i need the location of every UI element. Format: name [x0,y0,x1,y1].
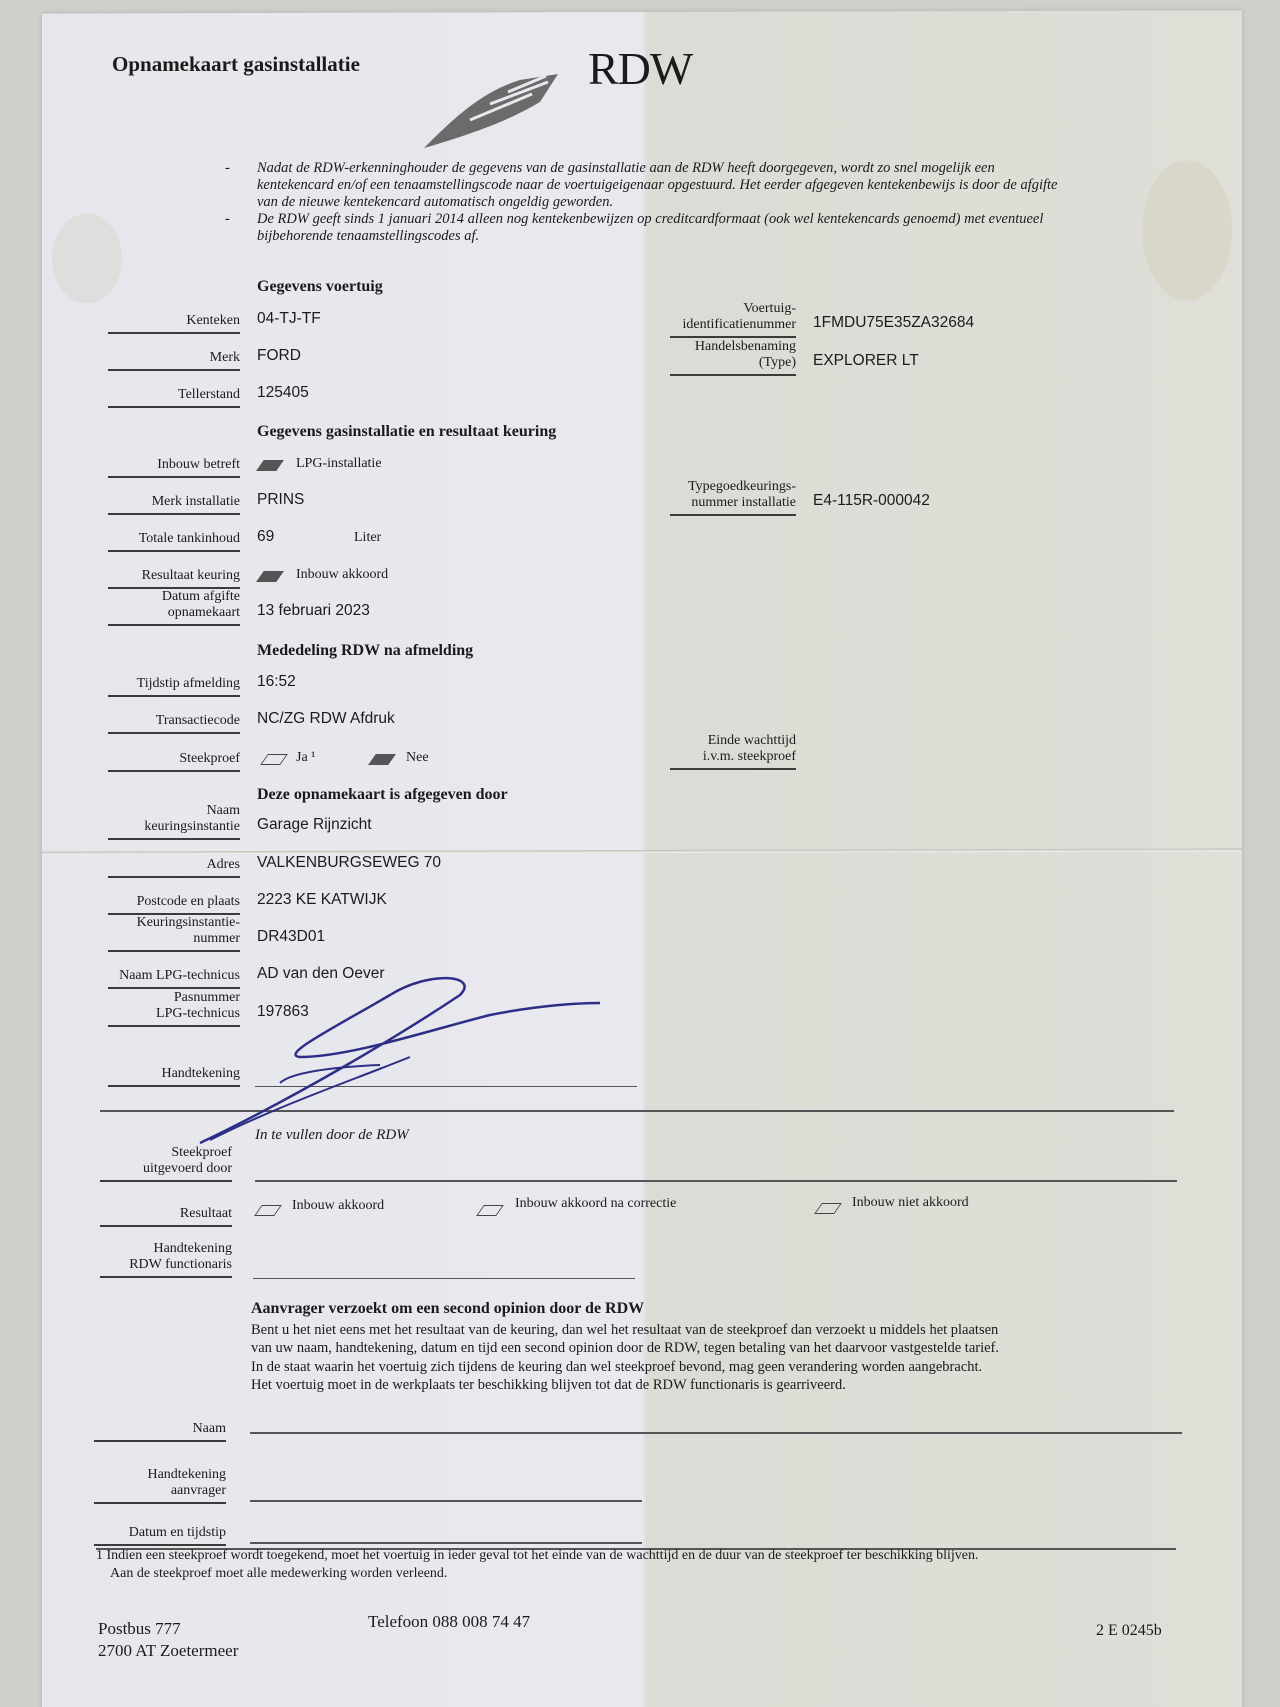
field-datum-afgifte: Datum afgifteopnamekaart 13 februari 202… [108,594,668,630]
field-vin: Voertuig-identificatienummer 1FMDU75E35Z… [670,302,1090,342]
section-heading-voertuig: Gegevens voertuig [257,278,383,296]
intro-bullet: -Nadat de RDW-erkenninghouder de gegeven… [215,160,1075,211]
stain [52,213,122,303]
field-typegoedkeuring: Typegoedkeurings-nummer installatie E4-1… [670,480,1090,520]
field-tankinhoud: Totale tankinhoud 69 Liter [108,520,668,556]
field-tellerstand: Tellerstand 125405 [108,376,668,412]
field-adres: Adres VALKENBURGSEWEG 70 [108,846,668,882]
intro-bullet: -De RDW geeft sinds 1 januari 2014 allee… [215,211,1075,245]
uitgevoerd-door-line[interactable] [255,1180,1177,1182]
aanvrager-naam-line[interactable] [250,1432,1182,1434]
checkbox-steekproef-nee[interactable] [368,754,396,765]
rdw-logo-text: RDW [588,42,692,95]
section-heading-mededeling: Mededeling RDW na afmelding [257,642,473,660]
field-naam-keuringsinstantie: Naamkeuringsinstantie Garage Rijnzicht [108,808,668,844]
checkbox-lpg[interactable] [256,460,284,471]
field-handelsbenaming: Handelsbenaming(Type) EXPLORER LT [670,340,1090,380]
field-postcode: Postcode en plaats 2223 KE KATWIJK [108,883,668,919]
checkbox-inbouw-akkoord[interactable] [256,571,284,582]
aanvrager-handtekening-line[interactable] [250,1500,642,1502]
field-resultaat-keuring: Resultaat keuring Inbouw akkoord [108,557,668,593]
field-aanvrager-handtekening: Handtekeningaanvrager [108,1472,668,1508]
stain [1142,160,1232,300]
field-keuringsinstantienummer: Keuringsinstantie-nummer DR43D01 [108,920,668,956]
aanvrager-datum-line[interactable] [250,1542,642,1544]
field-merk-installatie: Merk installatie PRINS [108,483,668,519]
rdw-subheading: In te vullen door de RDW [255,1127,409,1144]
rdw-address: Postbus 777 2700 AT Zoetermeer [98,1618,238,1662]
field-tijdstip: Tijdstip afmelding 16:52 [108,665,668,701]
rdw-telephone: Telefoon 088 008 74 47 [368,1612,530,1632]
section-heading-afgegeven: Deze opnamekaart is afgegeven door [257,786,508,804]
intro-notes: -Nadat de RDW-erkenninghouder de gegeven… [215,160,1075,245]
field-aanvrager-naam: Naam [108,1410,668,1446]
field-einde-wachttijd: Einde wachttijdi.v.m. steekproef [670,734,1090,774]
field-merk: Merk FORD [108,339,668,375]
form-title: Opnamekaart gasinstallatie [112,52,360,77]
second-opinion-section: Aanvrager verzoekt om een second opinion… [251,1300,1131,1395]
footnote: 1 Indien een steekproef wordt toegekend,… [96,1547,1176,1583]
field-handtekening-rdw: HandtekeningRDW functionaris [108,1246,668,1282]
field-aanvrager-datum: Datum en tijdstip [108,1514,668,1550]
feather-icon [420,72,570,152]
rdw-signature-line[interactable] [253,1278,635,1279]
section-heading-installatie: Gegevens gasinstallatie en resultaat keu… [257,423,556,441]
field-transactiecode: Transactiecode NC/ZG RDW Afdruk [108,702,668,738]
field-inbouw-betreft: Inbouw betreft LPG-installatie [108,446,668,482]
field-kenteken: Kenteken 04-TJ-TF [108,302,668,338]
form-code: 2 E 0245b [1096,1622,1162,1640]
checkbox-steekproef-ja[interactable] [260,754,288,765]
field-steekproef: Steekproef Ja ¹ Nee [108,740,668,776]
